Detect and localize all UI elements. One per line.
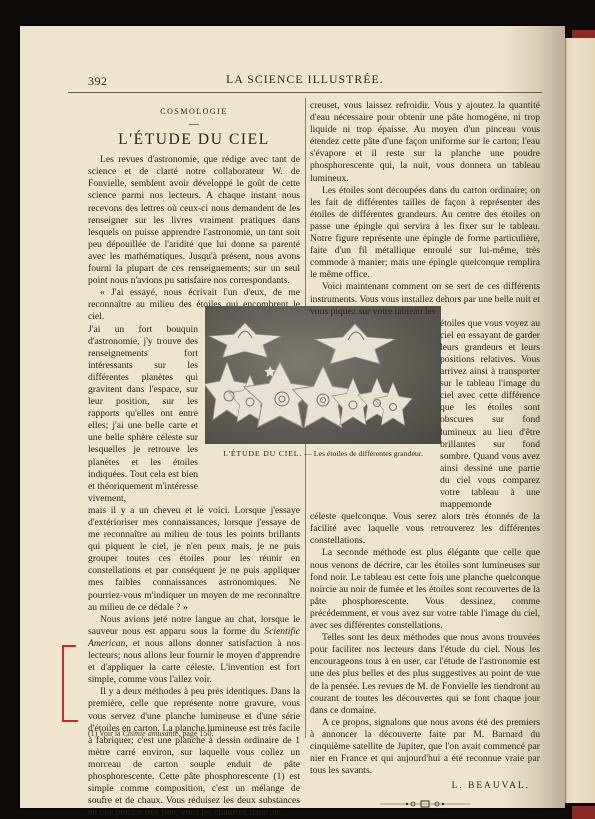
footnote: (1) Voir la Chimie amusante, page 150.	[88, 729, 300, 738]
article-title: L'ÉTUDE DU CIEL	[88, 134, 300, 146]
paragraph: Il y a deux méthodes à peu près identiqu…	[88, 686, 300, 819]
paragraph: Telles sont les deux méthodes que nous a…	[310, 632, 540, 717]
paragraph-wrapped: J'ai un fort bouquin d'astronomie, j'y t…	[88, 324, 198, 505]
paragraph-wrapped: étoiles que vous voyez au ciel en essaya…	[310, 318, 540, 512]
author-signature: L. BEAUVAL.	[310, 780, 540, 792]
paragraph: Les étoiles sont découpées dans du carto…	[310, 185, 540, 282]
red-annotation-bracket-side	[62, 645, 64, 722]
ornament-flourish-icon	[380, 800, 470, 808]
red-annotation-bracket-top	[62, 645, 76, 647]
paragraph: creuset, vous laissez refroidir. Vous y …	[310, 100, 540, 185]
running-title: LA SCIENCE ILLUSTRÉE.	[68, 74, 542, 86]
right-column: creuset, vous laissez refroidir. Vous y …	[310, 100, 540, 812]
paragraph: mais il y a un cheveu et le voici. Lorsq…	[88, 505, 300, 614]
section-label: COSMOLOGIE	[88, 106, 300, 118]
paragraph: A ce propos, signalons que nous avons ét…	[310, 717, 540, 777]
page-header: 392 LA SCIENCE ILLUSTRÉE.	[68, 70, 542, 93]
book-cover-edge-bottom	[572, 806, 595, 819]
page-stack-edge	[560, 38, 595, 803]
end-ornament	[310, 800, 540, 812]
paragraph: céleste quelconque. Vous serez alors trè…	[310, 511, 540, 547]
red-annotation-bracket-bottom	[62, 720, 78, 722]
paragraph: Voici maintenant comment on se sert de c…	[310, 281, 540, 317]
paragraph: La seconde méthode est plus élégante que…	[310, 547, 540, 632]
paragraph: Les revues d'astronomie, que rédige avec…	[88, 154, 300, 287]
section-dash: —	[88, 120, 300, 130]
paragraph: Nous avions jeté notre langue au chat, l…	[88, 614, 300, 687]
